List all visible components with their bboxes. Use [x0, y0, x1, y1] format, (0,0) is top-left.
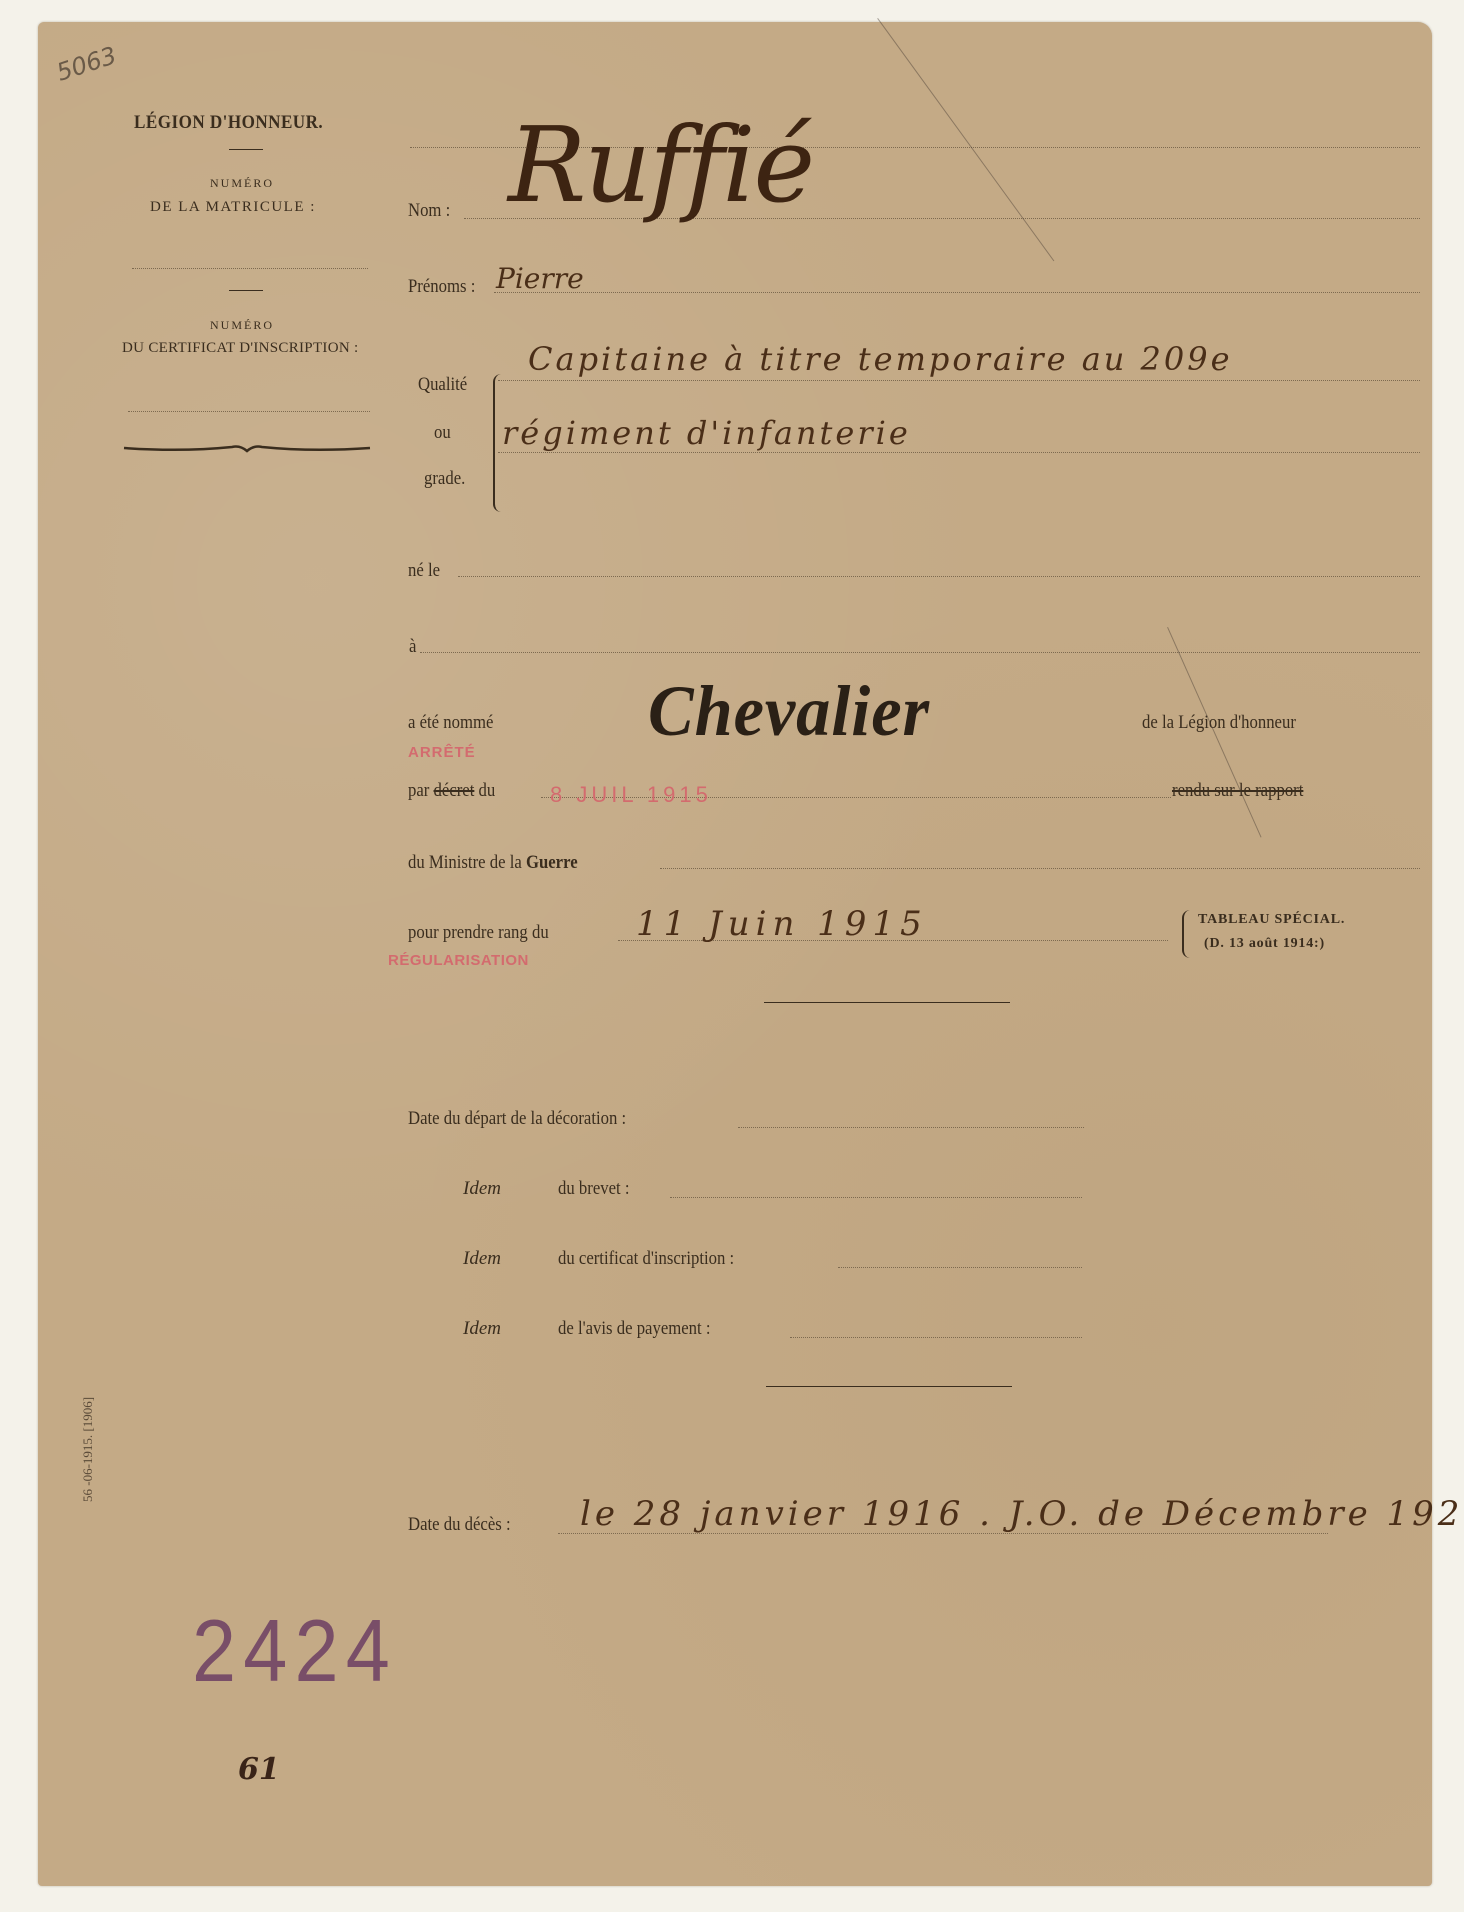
- grade-value: Chevalier: [648, 670, 930, 753]
- ministre-guerre: Guerre: [526, 852, 578, 873]
- idem-certificat: Idem: [463, 1248, 501, 1270]
- folio-number: 61: [238, 1752, 280, 1787]
- ministre-field-line: [660, 868, 1420, 869]
- nom-label: Nom :: [408, 200, 450, 222]
- qualite-label-3: grade.: [424, 468, 465, 490]
- ne-le-label: né le: [408, 560, 440, 582]
- certificat-field[interactable]: [128, 411, 370, 412]
- corner-note: 5063: [53, 41, 120, 87]
- qualite-value-2[interactable]: régiment d'infanterie: [502, 414, 911, 452]
- depart-field[interactable]: [738, 1127, 1084, 1128]
- divider: [229, 290, 263, 291]
- tableau-line-2: (D. 13 août 1914:): [1204, 936, 1325, 952]
- depart-label: Date du départ de la décoration :: [408, 1108, 626, 1130]
- certificat-field[interactable]: [838, 1267, 1082, 1268]
- qualite-value-1[interactable]: Capitaine à titre temporaire au 209e: [528, 340, 1233, 378]
- matricule-label-top: NUMÉRO: [210, 176, 274, 191]
- du-label: du: [479, 780, 496, 801]
- certificat-label: DU CERTIFICAT D'INSCRIPTION :: [122, 340, 359, 357]
- prenoms-field-line: [494, 292, 1420, 293]
- a-field[interactable]: [420, 652, 1420, 653]
- file-number-stamp: 2424: [192, 1600, 397, 1702]
- qualite-line-2: [498, 452, 1420, 453]
- ne-le-field[interactable]: [458, 576, 1420, 577]
- payement-label: de l'avis de payement :: [558, 1318, 711, 1340]
- prenoms-value[interactable]: Pierre: [496, 262, 584, 295]
- nomme-label: a été nommé: [408, 712, 493, 734]
- rang-label: pour prendre rang du: [408, 922, 549, 944]
- tableau-brace: [1182, 910, 1194, 958]
- certificat-label-top: NUMÉRO: [210, 318, 274, 333]
- print-reference: 56 -06-1915. [1906]: [80, 1397, 96, 1502]
- matricule-field[interactable]: [132, 268, 368, 269]
- arrete-stamp: ARRÊTÉ: [408, 744, 476, 761]
- section-divider: [766, 1386, 1012, 1387]
- par-label: par: [408, 780, 429, 801]
- rang-value[interactable]: 11 Juin 1915: [636, 904, 928, 944]
- divider: [229, 149, 263, 150]
- certificat-label: du certificat d'inscription :: [558, 1248, 734, 1270]
- qualite-label-2: ou: [434, 422, 451, 444]
- legion-label: de la Légion d'honneur: [1142, 712, 1296, 734]
- decret-struck: décret: [434, 780, 475, 801]
- deces-label: Date du décès :: [408, 1514, 511, 1536]
- idem-payement: Idem: [463, 1318, 501, 1340]
- pencil-mark: [877, 18, 1054, 261]
- legion-title: LÉGION D'HONNEUR.: [134, 112, 323, 134]
- payement-field[interactable]: [790, 1337, 1082, 1338]
- regularisation-stamp: RÉGULARISATION: [388, 952, 529, 969]
- brevet-field[interactable]: [670, 1197, 1082, 1198]
- decret-date-stamp: 8 JUIL 1915: [550, 782, 712, 808]
- nom-value[interactable]: Ruffié: [508, 104, 813, 226]
- document-sheet: 5063 LÉGION D'HONNEUR. NUMÉRO DE LA MATR…: [38, 22, 1432, 1886]
- prenoms-label: Prénoms :: [408, 276, 475, 298]
- matricule-label: DE LA MATRICULE :: [150, 199, 316, 216]
- deces-value[interactable]: le 28 janvier 1916 . J.O. de Décembre 19…: [580, 1494, 1464, 1534]
- qualite-label-1: Qualité: [418, 374, 467, 396]
- ornamental-rule: [122, 442, 372, 456]
- a-label: à: [409, 636, 416, 658]
- tableau-line-1: TABLEAU SPÉCIAL.: [1198, 912, 1345, 928]
- section-divider: [764, 1002, 1010, 1003]
- qualite-line-1: [498, 380, 1420, 381]
- brevet-label: du brevet :: [558, 1178, 630, 1200]
- ministre-label: du Ministre de la: [408, 852, 522, 873]
- idem-brevet: Idem: [463, 1178, 501, 1200]
